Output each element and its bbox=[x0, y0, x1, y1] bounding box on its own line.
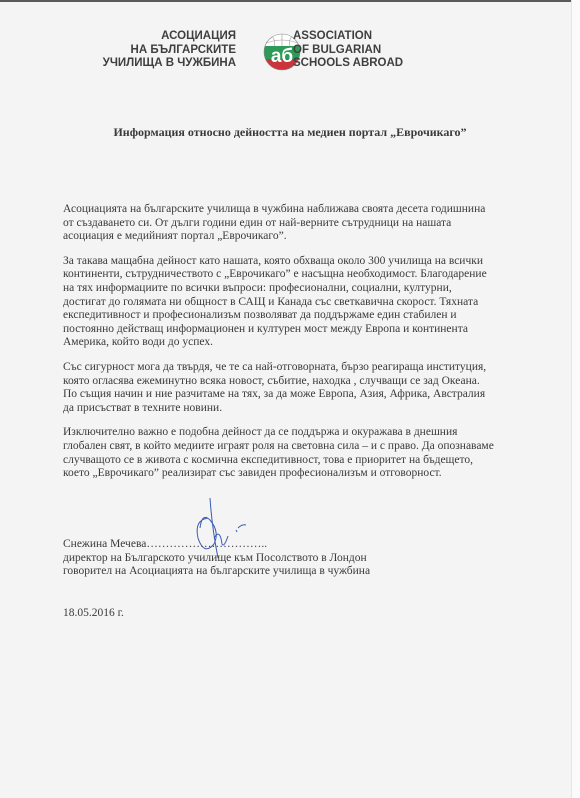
paragraph: За такава мащабна дейност като нашата, к… bbox=[63, 255, 543, 350]
scan-right-edge bbox=[571, 0, 580, 798]
svg-text:аб: аб bbox=[271, 46, 293, 67]
signatory-role: говорител на Асоциацията на българските … bbox=[63, 565, 370, 579]
signatory-name: Снежина Мечева………………………….. bbox=[63, 538, 370, 552]
scan-top-edge bbox=[0, 0, 580, 2]
org-name-english: ASSOCIATION OF BULGARIAN SCHOOLS ABROAD bbox=[293, 30, 453, 71]
letter-body: Асоциацията на българските училища в чуж… bbox=[63, 203, 543, 492]
paragraph: Изключително важно е подобна дейност да … bbox=[63, 426, 543, 480]
letterhead: АСОЦИАЦИЯ НА БЪЛГАРСКИТЕ УЧИЛИЩА В ЧУЖБИ… bbox=[0, 30, 580, 80]
document-date: 18.05.2016 г. bbox=[63, 607, 124, 619]
org-name-bulgarian: АСОЦИАЦИЯ НА БЪЛГАРСКИТЕ УЧИЛИЩА В ЧУЖБИ… bbox=[96, 30, 236, 71]
signatory-role: директор на Българското училище към Посо… bbox=[63, 552, 370, 566]
paragraph: Асоциацията на българските училища в чуж… bbox=[63, 203, 543, 244]
signature-block: Снежина Мечева………………………….. директор на Б… bbox=[63, 538, 370, 579]
document-title: Информация относно дейността на медиен п… bbox=[0, 125, 580, 140]
paragraph: Със сигурност мога да твърдя, че те са н… bbox=[63, 361, 543, 415]
